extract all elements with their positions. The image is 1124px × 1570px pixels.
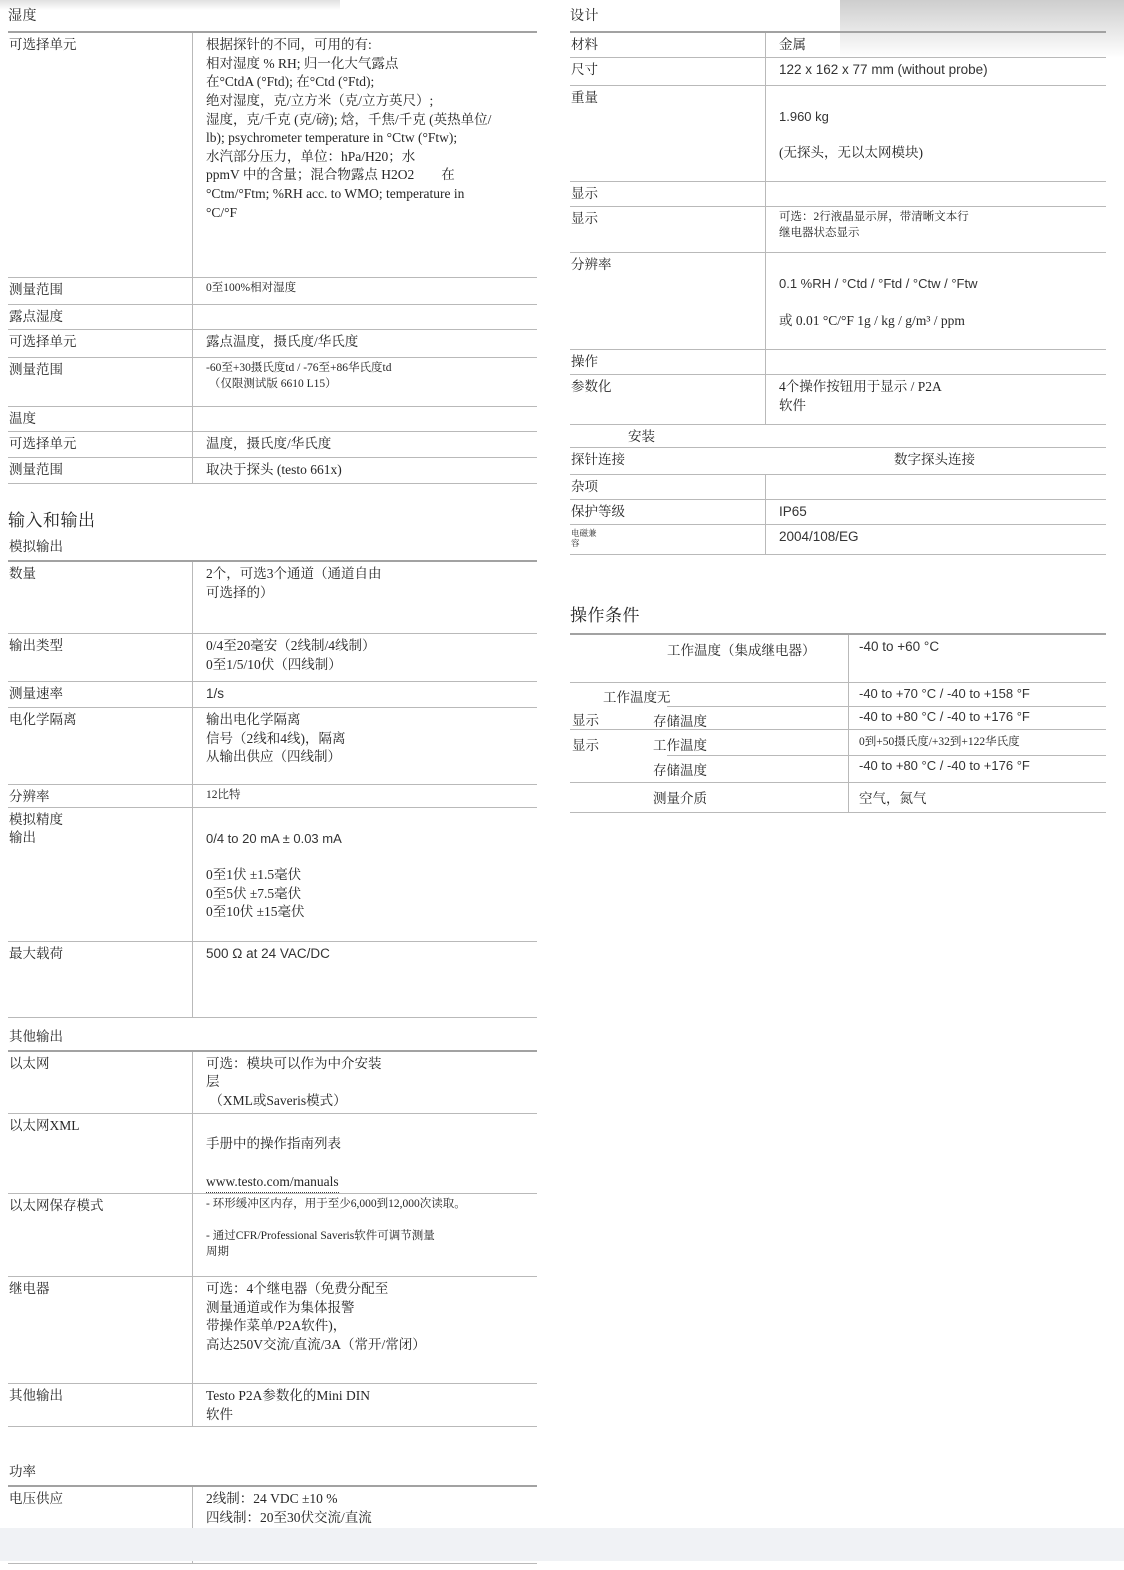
- table-row: 继电器 可选：4个继电器（免费分配至 测量通道或作为集体报警 带操作菜单/P2A…: [8, 1277, 537, 1384]
- table-row-group: 工作温度无 显示 存储温度 -40 to +70 °C / -40 to +15…: [570, 683, 1106, 730]
- spec-label: 分辨率: [570, 253, 765, 348]
- table-row: 安装: [570, 425, 1106, 448]
- table-row: 模拟精度 输出 0/4 to 20 mA ± 0.03 mA 0至1伏 ±1.5…: [8, 808, 537, 942]
- spec-value-column: 0到+50摄氏度/+32到+122华氏度 -40 to +80 °C / -40…: [848, 730, 1106, 782]
- spec-value: [192, 407, 537, 431]
- section-title-humidity: 湿度: [8, 8, 537, 25]
- design-table: 材料 金属 尺寸 122 x 162 x 77 mm (without prob…: [570, 31, 1106, 555]
- spec-label: 存储温度: [653, 759, 707, 779]
- table-row: 其他输出 Testo P2A参数化的Mini DIN 软件: [8, 1384, 537, 1427]
- partial-row-divider: [667, 706, 1106, 707]
- spec-value-line: 0至1伏 ±1.5毫伏 0至5伏 ±7.5毫伏 0至10伏 ±15毫伏: [206, 866, 535, 922]
- spec-value: 0.1 %RH / °Ctd / °Ftd / °Ctw / °Ftw 或 0.…: [765, 253, 1106, 348]
- spec-value: 数字探头连接: [765, 448, 1106, 474]
- spec-label: 测量速率: [8, 682, 192, 707]
- spec-label: 保护等级: [570, 500, 765, 524]
- spec-label: 温度: [8, 407, 192, 431]
- spec-value-line: 1.960 kg: [779, 108, 1104, 126]
- table-row: 露点湿度: [8, 305, 537, 330]
- spec-value-line: 或 0.01 °C/°F 1g / kg / g/m³ / ppm: [779, 312, 1104, 331]
- spec-value: 12比特: [192, 785, 537, 807]
- spec-value: -40 to +80 °C / -40 to +176 °F: [849, 755, 1106, 782]
- spec-value: 0/4 to 20 mA ± 0.03 mA 0至1伏 ±1.5毫伏 0至5伏 …: [192, 808, 537, 941]
- other-outputs-table: 以太网 可选：模块可以作为中介安装 层 （XML或Saveris模式） 以太网X…: [8, 1050, 537, 1428]
- subsection-title-power: 功率: [9, 1463, 537, 1480]
- table-row: 尺寸 122 x 162 x 77 mm (without probe): [570, 58, 1106, 86]
- spec-value: 输出电化学隔离 信号（2线和4线)，隔离 从输出供应（四线制）: [192, 708, 537, 784]
- spec-label: 工作温度无: [603, 686, 671, 706]
- spec-value-line: 手册中的操作指南列表: [206, 1135, 535, 1154]
- spec-label: 数量: [8, 562, 192, 633]
- spec-label: 存储温度: [653, 710, 707, 730]
- table-row: 测量范围 0至100%相对湿度: [8, 278, 537, 305]
- table-row: 最大载荷 500 Ω at 24 VAC/DC: [8, 942, 537, 1018]
- table-row: 参数化 4个操作按钮用于显示 / P2A 软件: [570, 375, 1106, 425]
- spec-label: 继电器: [8, 1277, 192, 1383]
- right-column: 设计 材料 金属 尺寸 122 x 162 x 77 mm (without p…: [570, 8, 1106, 813]
- spec-value: 4个操作按钮用于显示 / P2A 软件: [765, 375, 1106, 424]
- table-row: 输出类型 0/4至20毫安（2线制/4线制） 0至1/5/10伏（四线制）: [8, 634, 537, 682]
- spec-value-line: 0/4 to 20 mA ± 0.03 mA: [206, 830, 535, 848]
- spec-value: 可选：模块可以作为中介安装 层 （XML或Saveris模式）: [192, 1052, 537, 1113]
- table-row: 工作温度（集成继电器） -40 to +60 °C: [570, 635, 1106, 683]
- spec-value: 手册中的操作指南列表 www.testo.com/manuals: [192, 1114, 537, 1194]
- spec-label: 测量介质: [570, 783, 848, 812]
- spec-value: 取决于探头 (testo 661x): [192, 458, 537, 483]
- spec-label: 可选择单元: [8, 432, 192, 457]
- table-row: 显示: [570, 182, 1106, 207]
- spec-value: 122 x 162 x 77 mm (without probe): [765, 58, 1106, 85]
- spec-value: 金属: [765, 33, 1106, 57]
- table-row: 测量范围 -60至+30摄氏度td / -76至+86华氏度td （仅限测试版 …: [8, 358, 537, 407]
- spec-label: 以太网XML: [8, 1114, 192, 1194]
- spec-label: 分辨率: [8, 785, 192, 807]
- spec-label: 测量范围: [8, 358, 192, 406]
- table-row: 电磁兼 容 2004/108/EG: [570, 525, 1106, 555]
- spec-value: -60至+30摄氏度td / -76至+86华氏度td （仅限测试版 6610 …: [192, 358, 537, 406]
- spec-label: 杂项: [570, 475, 765, 499]
- table-row: 分辨率 12比特: [8, 785, 537, 808]
- table-row: 以太网XML 手册中的操作指南列表 www.testo.com/manuals: [8, 1114, 537, 1195]
- spec-value: [765, 475, 1106, 499]
- manuals-link[interactable]: www.testo.com/manuals: [206, 1173, 339, 1194]
- spec-label-column: 显示 工作温度 存储温度: [570, 730, 848, 782]
- spec-value: 可选：4个继电器（免费分配至 测量通道或作为集体报警 带操作菜单/P2A软件)，…: [192, 1277, 537, 1383]
- table-row: 测量介质 空气，氮气: [570, 783, 1106, 813]
- spec-value: -40 to +80 °C / -40 to +176 °F: [849, 706, 1106, 729]
- spec-value: 500 Ω at 24 VAC/DC: [192, 942, 537, 1017]
- spec-label: 显示: [570, 182, 765, 206]
- page-footer-bar: [0, 1528, 1124, 1561]
- table-row: 探针连接 数字探头连接: [570, 448, 1106, 475]
- spec-label: 可选择单元: [8, 330, 192, 357]
- spec-value: 温度，摄氏度/华氏度: [192, 432, 537, 457]
- spec-value: 2004/108/EG: [765, 525, 1106, 554]
- spec-value-line: (无探头，无以太网模块): [779, 144, 1104, 163]
- table-row: 以太网 可选：模块可以作为中介安装 层 （XML或Saveris模式）: [8, 1052, 537, 1114]
- table-row: 测量速率 1/s: [8, 682, 537, 708]
- table-row: 可选择单元 露点温度，摄氏度/华氏度: [8, 330, 537, 358]
- spec-label: 以太网保存模式: [8, 1194, 192, 1276]
- spec-label: 参数化: [570, 375, 765, 424]
- subsection-title-analog-output: 模拟输出: [9, 538, 537, 555]
- table-row: 保护等级 IP65: [570, 500, 1106, 525]
- spec-label: 电化学隔离: [8, 708, 192, 784]
- spec-value-line: 0.1 %RH / °Ctd / °Ftd / °Ctw / °Ftw: [779, 275, 1104, 293]
- spec-label: 工作温度: [653, 734, 707, 754]
- spec-label: 材料: [570, 33, 765, 57]
- spec-label: 操作: [570, 350, 765, 374]
- table-row: 测量范围 取决于探头 (testo 661x): [8, 458, 537, 484]
- spec-label: 以太网: [8, 1052, 192, 1113]
- table-row: 可选择单元 温度，摄氏度/华氏度: [8, 432, 537, 458]
- spec-label: 其他输出: [8, 1384, 192, 1426]
- spec-label: 测量范围: [8, 458, 192, 483]
- spec-value: 可选：2行液晶显示屏，带清晰文本行 继电器状态显示: [765, 207, 1106, 252]
- section-title-operating-conditions: 操作条件: [570, 605, 1106, 627]
- spec-sheet-page: 湿度 可选择单元 根据探针的不同，可用的有: 相对湿度 % RH; 归一化大气露…: [0, 0, 1124, 1570]
- spec-label: 显示: [570, 207, 765, 252]
- spec-label: 显示: [572, 709, 599, 729]
- spec-label: 探针连接: [570, 448, 765, 474]
- spec-label: 露点湿度: [8, 305, 192, 329]
- spec-value: - 环形缓冲区内存，用于至少6,000到12,000次读取。 - 通过CFR/P…: [192, 1194, 537, 1276]
- spec-value: 空气，氮气: [848, 783, 1106, 812]
- spec-label: 安装: [570, 425, 765, 447]
- spec-value: 1.960 kg (无探头，无以太网模块): [765, 86, 1106, 181]
- spec-label: 工作温度（集成继电器）: [570, 635, 848, 682]
- spec-label: 尺寸: [570, 58, 765, 85]
- spec-value: [765, 350, 1106, 374]
- spec-value: 露点温度，摄氏度/华氏度: [192, 330, 537, 357]
- table-row: 杂项: [570, 475, 1106, 500]
- partial-row-divider: [667, 755, 1106, 756]
- spec-label: 可选择单元: [8, 33, 192, 277]
- table-row: 数量 2个，可选3个通道（通道自由 可选择的）: [8, 562, 537, 634]
- spec-value: 0至100%相对湿度: [192, 278, 537, 304]
- operating-conditions-table: 工作温度（集成继电器） -40 to +60 °C 工作温度无 显示 存储温度 …: [570, 633, 1106, 813]
- spec-value: -40 to +60 °C: [848, 635, 1106, 682]
- spec-value: IP65: [765, 500, 1106, 524]
- spec-label: 模拟精度 输出: [8, 808, 192, 941]
- spec-value: -40 to +70 °C / -40 to +158 °F: [849, 683, 1106, 706]
- section-title-design: 设计: [570, 8, 1106, 25]
- humidity-table: 可选择单元 根据探针的不同，可用的有: 相对湿度 % RH; 归一化大气露点 在…: [8, 31, 537, 484]
- table-row: 重量 1.960 kg (无探头，无以太网模块): [570, 86, 1106, 182]
- table-row: 温度: [8, 407, 537, 432]
- spec-label: 最大载荷: [8, 942, 192, 1017]
- spec-value: 1/s: [192, 682, 537, 707]
- table-row: 以太网保存模式 - 环形缓冲区内存，用于至少6,000到12,000次读取。 -…: [8, 1194, 537, 1277]
- section-title-io: 输入和输出: [8, 510, 537, 532]
- spec-label: 电磁兼 容: [570, 525, 765, 554]
- spec-value: Testo P2A参数化的Mini DIN 软件: [192, 1384, 537, 1426]
- spec-value: 0/4至20毫安（2线制/4线制） 0至1/5/10伏（四线制）: [192, 634, 537, 681]
- table-row: 操作: [570, 350, 1106, 375]
- table-row-group: 显示 工作温度 存储温度 0到+50摄氏度/+32到+122华氏度 -40 to…: [570, 730, 1106, 783]
- spec-value: 根据探针的不同，可用的有: 相对湿度 % RH; 归一化大气露点 在°CtdA …: [192, 33, 537, 277]
- table-row: 电化学隔离 输出电化学隔离 信号（2线和4线)，隔离 从输出供应（四线制）: [8, 708, 537, 785]
- spec-value: [192, 305, 537, 329]
- table-row: 可选择单元 根据探针的不同，可用的有: 相对湿度 % RH; 归一化大气露点 在…: [8, 33, 537, 278]
- table-row: 分辨率 0.1 %RH / °Ctd / °Ftd / °Ctw / °Ftw …: [570, 253, 1106, 349]
- spec-label: 显示: [572, 734, 599, 754]
- subsection-title-other-outputs: 其他输出: [9, 1028, 537, 1045]
- spec-value: [765, 182, 1106, 206]
- analog-output-table: 数量 2个，可选3个通道（通道自由 可选择的） 输出类型 0/4至20毫安（2线…: [8, 560, 537, 1018]
- table-row: 显示 可选：2行液晶显示屏，带清晰文本行 继电器状态显示: [570, 207, 1106, 253]
- spec-label: 重量: [570, 86, 765, 181]
- spec-value: 0到+50摄氏度/+32到+122华氏度: [849, 730, 1106, 755]
- spec-label: 测量范围: [8, 278, 192, 304]
- spec-value: [765, 425, 1106, 447]
- spec-value: 2个，可选3个通道（通道自由 可选择的）: [192, 562, 537, 633]
- left-column: 湿度 可选择单元 根据探针的不同，可用的有: 相对湿度 % RH; 归一化大气露…: [8, 8, 537, 1564]
- table-row: 材料 金属: [570, 33, 1106, 58]
- spec-label: 输出类型: [8, 634, 192, 681]
